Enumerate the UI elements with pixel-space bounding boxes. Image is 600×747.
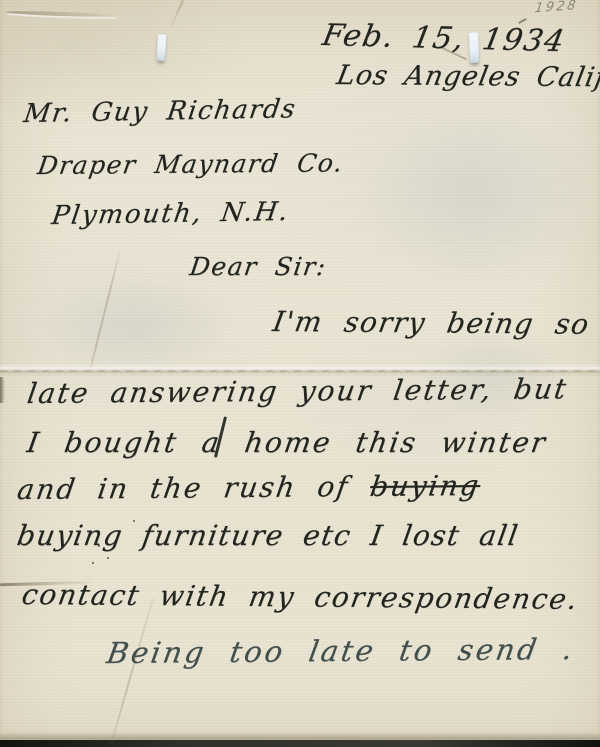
- struck-word: buying: [368, 469, 483, 503]
- body-line-2: late answering your letter, but: [25, 372, 570, 410]
- letter-paper: 1928 Feb. 15, 1934 Los Angeles Calif. Mr…: [0, 0, 600, 740]
- fold-edge-notch: [0, 377, 5, 403]
- body-line-6: contact with my correspondence.: [19, 578, 581, 616]
- ink-showthrough: [40, 278, 230, 373]
- place-line: Los Angeles Calif.: [334, 60, 600, 93]
- body-line-1: I'm sorry being so: [270, 305, 592, 341]
- body-line-7: Being too late to send .: [104, 632, 578, 670]
- body-line-5: buying furniture etc I lost all: [15, 519, 522, 552]
- body-line-4: and in the rush of buying: [15, 469, 483, 506]
- staple-hole-left: [156, 34, 166, 61]
- recipient-name-line: Mr. Guy Richards: [22, 94, 298, 129]
- fold-ridge-texture: [0, 370, 600, 372]
- bottom-diagonal-crease: [111, 598, 154, 743]
- ink-showthrough: [360, 110, 590, 280]
- bottom-edge-wear: [0, 732, 600, 739]
- recipient-company-line: Draper Maynard Co.: [36, 148, 346, 180]
- letter-scan: 1928 Feb. 15, 1934 Los Angeles Calif. Mr…: [0, 0, 600, 747]
- top-center-crease: [168, 0, 184, 32]
- ink-speckle: [107, 557, 109, 559]
- salutation-line: Dear Sir:: [188, 252, 329, 281]
- ink-speckle: [92, 562, 94, 564]
- date-line: Feb. 15, 1934: [320, 18, 569, 59]
- body-line-3: I bought a home this winter: [25, 426, 550, 459]
- recipient-city-line: Plymouth, N.H.: [50, 197, 292, 231]
- pencil-year-note: 1928: [534, 0, 579, 16]
- body-line-4-text: and in the rush of: [15, 470, 352, 506]
- top-left-crease: [6, 10, 118, 18]
